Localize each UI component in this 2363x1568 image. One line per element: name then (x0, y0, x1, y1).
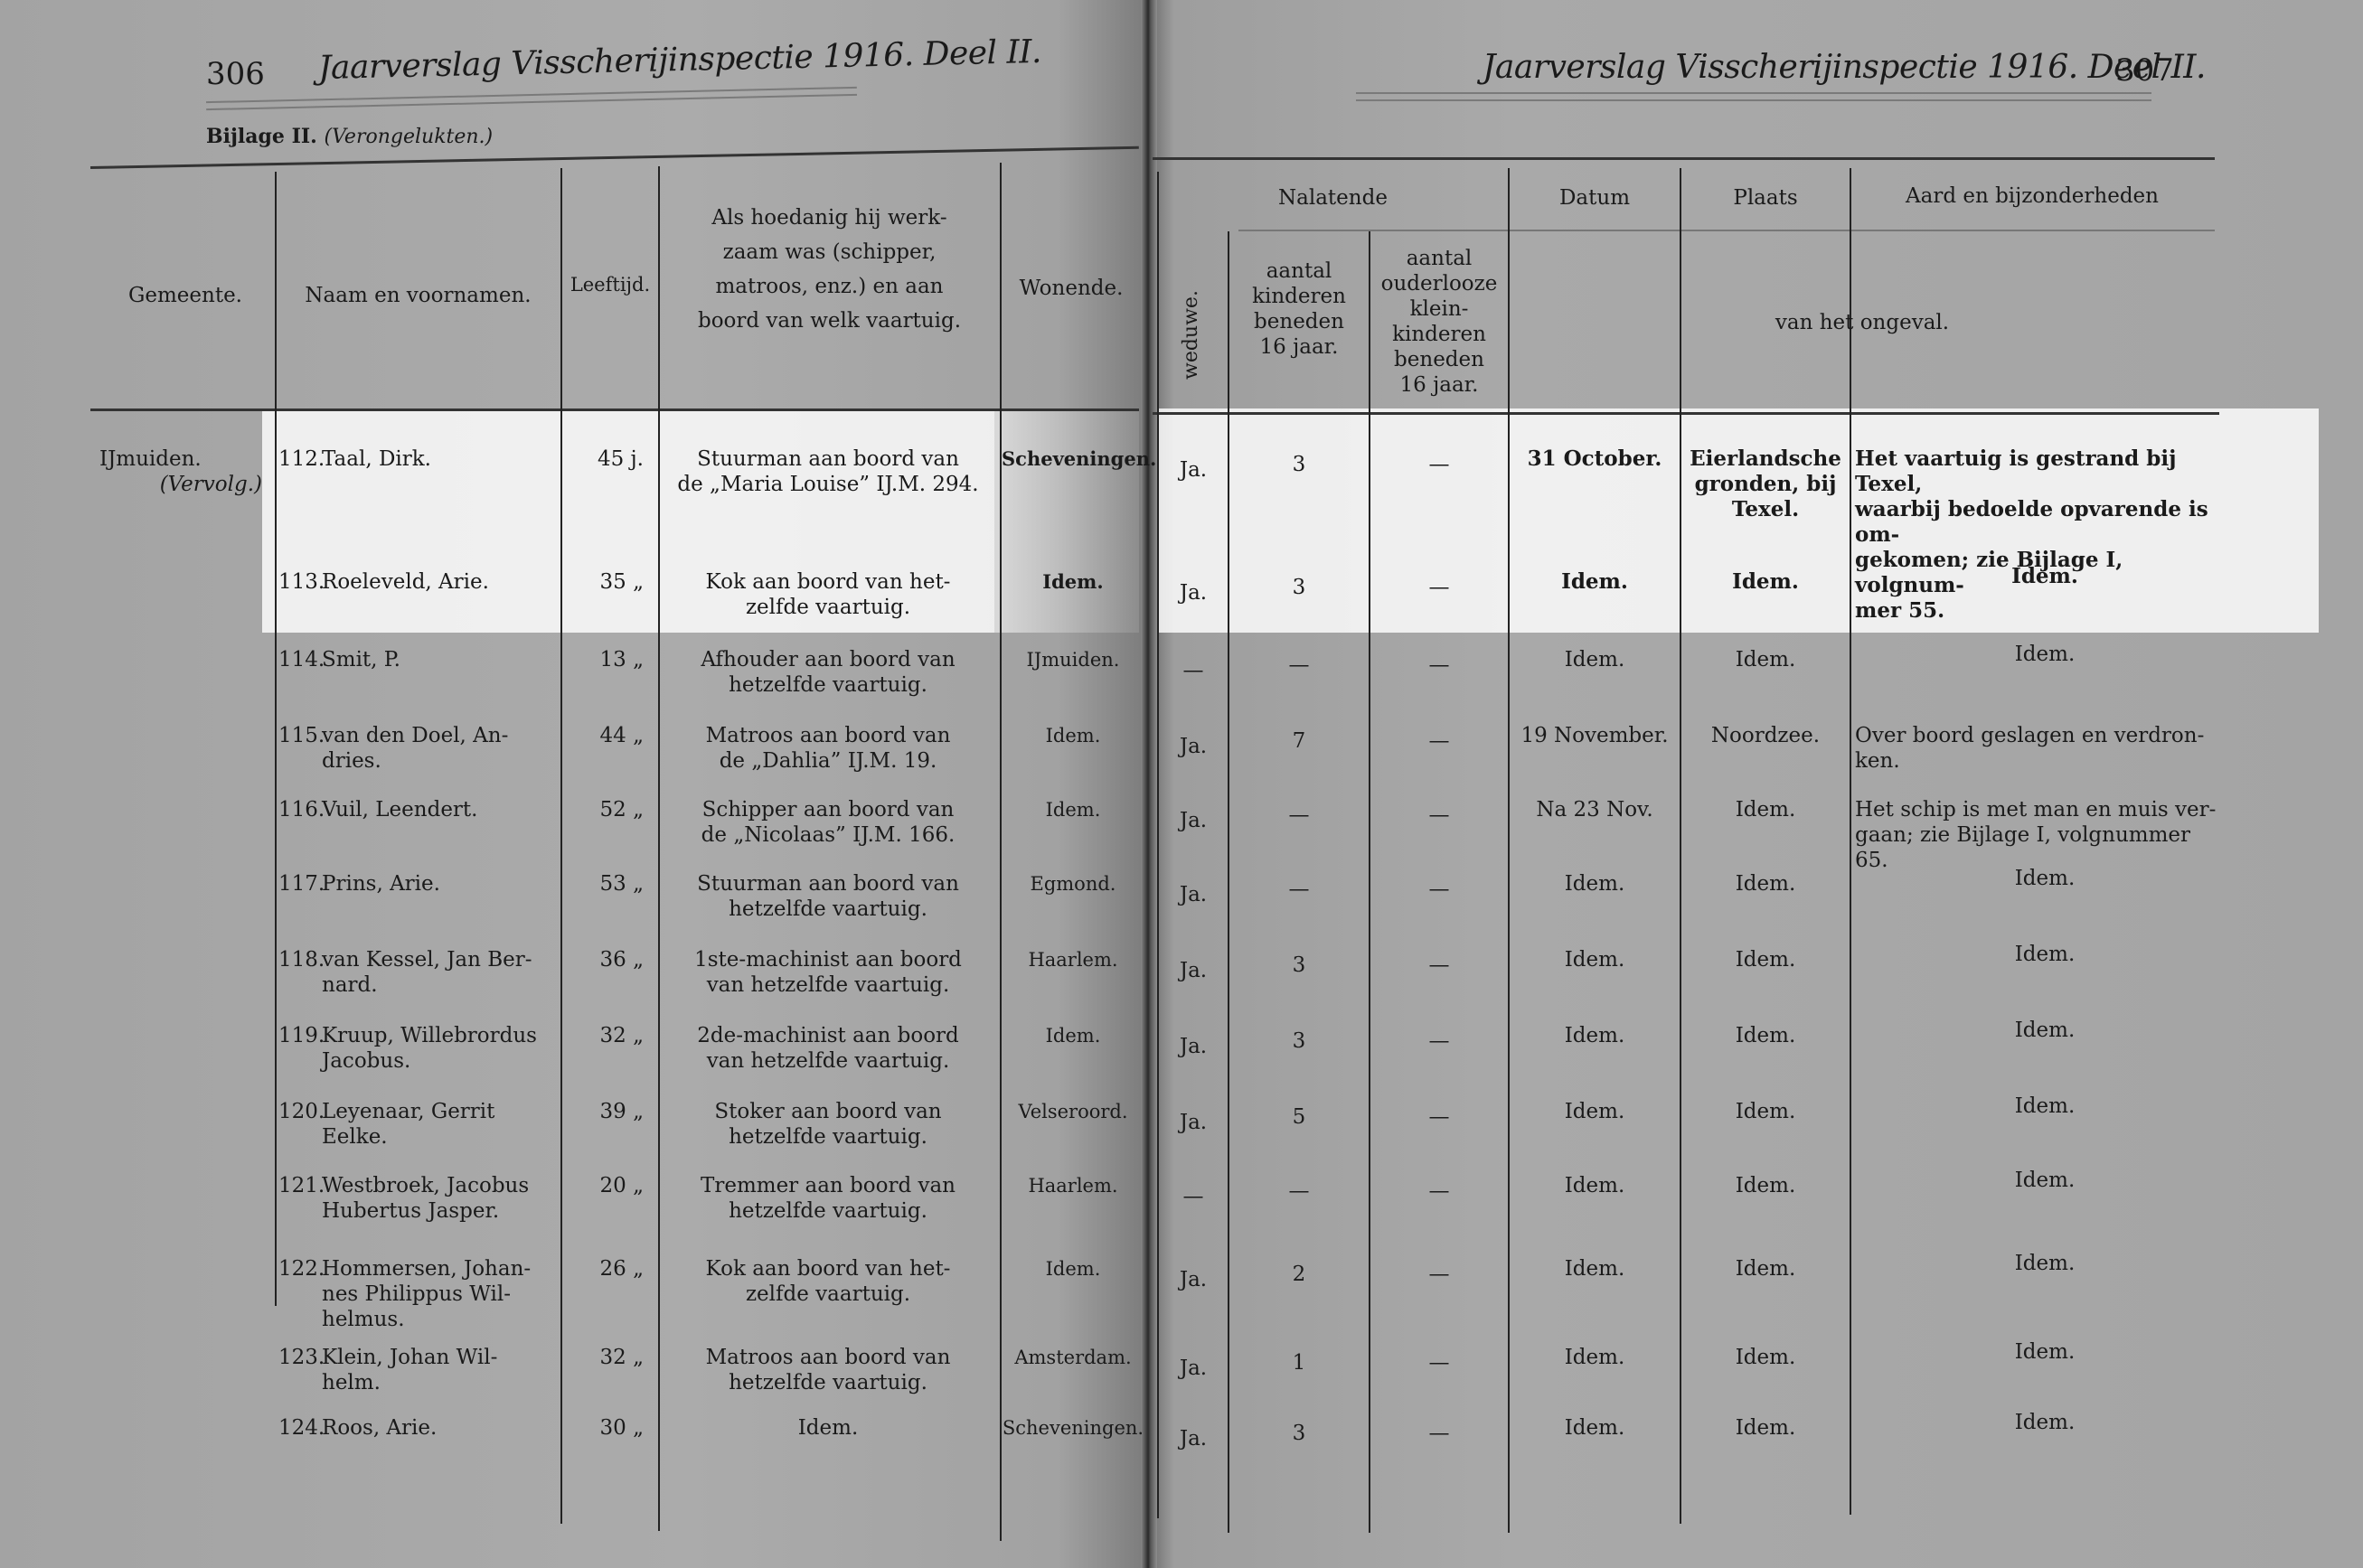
header-bottom-rule-right (1153, 412, 2219, 415)
col-divider (1680, 168, 1681, 1524)
row-weduwe: Ja. (1159, 808, 1228, 833)
row-kleinkinderen: — (1370, 1178, 1508, 1204)
row-leeftijd: 36 „ (562, 947, 644, 972)
header-kleinkinderen-line: aantal (1370, 246, 1508, 271)
row-kinderen: 3 (1229, 1028, 1369, 1054)
row-wonende: Velseroord. (1002, 1099, 1144, 1124)
row-naam: Prins, Arie. (322, 871, 559, 897)
row-leeftijd: 39 „ (562, 1099, 644, 1124)
row-aard: Idem. (1855, 1168, 2235, 1193)
row-leeftijd: 53 „ (562, 871, 644, 897)
header-gemeente: Gemeente. (99, 278, 271, 313)
header-nalatende: Nalatende (1159, 181, 1507, 215)
row-kinderen: 3 (1229, 953, 1369, 978)
row-wonende: Egmond. (1002, 871, 1144, 897)
header-leeftijd: Leeftijd. (562, 268, 658, 302)
header-hoedanig-line: boord van welk vaartuig. (664, 304, 994, 338)
gemeente-value: IJmuiden. (99, 446, 271, 472)
row-wonende: Scheveningen. (1002, 446, 1144, 472)
row-kinderen: — (1229, 803, 1369, 828)
col-divider (1157, 172, 1159, 1518)
row-weduwe: Ja. (1159, 882, 1228, 907)
row-weduwe: Ja. (1159, 1267, 1228, 1292)
row-weduwe: Ja. (1159, 734, 1228, 759)
row-leeftijd: 26 „ (562, 1256, 644, 1282)
table-subtitle: Bijlage II. (Verongelukten.) (206, 125, 493, 148)
header-kleinkinderen-line: ouderlooze (1370, 271, 1508, 296)
row-kinderen: 3 (1229, 575, 1369, 600)
row-aard: Idem. (1855, 1410, 2235, 1435)
row-number: 115. (278, 723, 324, 748)
row-number: 124. (278, 1415, 324, 1441)
row-wonende: Idem. (1002, 569, 1144, 595)
row-naam: van den Doel, An-dries. (322, 723, 559, 774)
col-divider (1850, 168, 1851, 1515)
col-divider (560, 168, 562, 1524)
row-plaats: Noordzee. (1681, 723, 1850, 748)
row-plaats: Idem. (1681, 1415, 1850, 1441)
row-kinderen: 3 (1229, 1421, 1369, 1446)
row-aard: Idem. (1855, 1251, 2235, 1276)
row-number: 119. (278, 1023, 324, 1048)
header-kleinkinderen-line: klein- (1370, 296, 1508, 322)
row-leeftijd: 32 „ (562, 1345, 644, 1370)
row-kinderen: — (1229, 653, 1369, 678)
header-bottom-rule-left (90, 408, 1139, 411)
row-kleinkinderen: — (1370, 728, 1508, 754)
row-kleinkinderen: — (1370, 1350, 1508, 1376)
row-hoedanig: Idem. (662, 1415, 994, 1441)
row-hoedanig: Matroos aan boord vanhetzelfde vaartuig. (662, 1345, 994, 1395)
row-number: 116. (278, 797, 324, 822)
row-naam: van Kessel, Jan Ber-nard. (322, 947, 559, 998)
row-plaats: Eierlandschegronden, bijTexel. (1681, 446, 1850, 522)
row-leeftijd: 30 „ (562, 1415, 644, 1441)
row-number: 113. (278, 569, 324, 595)
row-datum: Idem. (1510, 1256, 1680, 1282)
row-datum: Idem. (1510, 1173, 1680, 1198)
row-plaats: Idem. (1681, 871, 1850, 897)
row-datum: Idem. (1510, 1415, 1680, 1441)
row-hoedanig: 2de-machinist aan boordvan hetzelfde vaa… (662, 1023, 994, 1074)
row-leeftijd: 32 „ (562, 1023, 644, 1048)
row-plaats: Idem. (1681, 1256, 1850, 1282)
row-weduwe: Ja. (1159, 1356, 1228, 1381)
row-kleinkinderen: — (1370, 452, 1508, 477)
row-number: 118. (278, 947, 324, 972)
row-kleinkinderen: — (1370, 653, 1508, 678)
header-kinderen-line: kinderen (1229, 284, 1369, 309)
row-hoedanig: Tremmer aan boord vanhetzelfde vaartuig. (662, 1173, 994, 1224)
row-kinderen: 7 (1229, 728, 1369, 754)
row-kleinkinderen: — (1370, 575, 1508, 600)
table-top-rule-right (1153, 157, 2215, 160)
row-naam: Smit, P. (322, 647, 559, 672)
row-aard: Idem. (1855, 866, 2235, 891)
row-kleinkinderen: — (1370, 953, 1508, 978)
gemeente-note: (Vervolg.) (99, 472, 262, 497)
row-plaats: Idem. (1681, 569, 1850, 595)
row-aard: Idem. (1855, 1094, 2235, 1119)
row-wonende: IJmuiden. (1002, 647, 1144, 672)
row-datum: Idem. (1510, 947, 1680, 972)
header-wonende: Wonende. (1003, 271, 1139, 305)
row-hoedanig: Kok aan boord van het-zelfde vaartuig. (662, 569, 994, 620)
row-datum: Idem. (1510, 569, 1680, 595)
row-wonende: Haarlem. (1002, 1173, 1144, 1198)
row-datum: 19 November. (1510, 723, 1680, 748)
header-hoedanig-line: zaam was (schipper, (664, 235, 994, 269)
header-kleinkinderen-line: beneden (1370, 347, 1508, 372)
header-naam: Naam en voornamen. (280, 278, 556, 313)
row-hoedanig: Schipper aan boord vande „Nicolaas” IJ.M… (662, 797, 994, 848)
header-kinderen-line: beneden (1229, 309, 1369, 334)
row-weduwe: Ja. (1159, 457, 1228, 483)
header-weduwe: weduwe. (1180, 290, 1202, 380)
col-divider (1508, 168, 1510, 1533)
row-wonende: Idem. (1002, 1256, 1144, 1282)
header-kinderen-line: aantal (1229, 258, 1369, 284)
row-leeftijd: 13 „ (562, 647, 644, 672)
row-hoedanig: Afhouder aan boord vanhetzelfde vaartuig… (662, 647, 994, 698)
row-number: 123. (278, 1345, 324, 1370)
row-plaats: Idem. (1681, 1173, 1850, 1198)
row-naam: Leyenaar, GerritEelke. (322, 1099, 559, 1150)
row-hoedanig: Stuurman aan boord vande „Maria Louise” … (662, 446, 994, 497)
row-aard: Idem. (1855, 642, 2235, 667)
header-plaats: Plaats (1681, 181, 1850, 215)
header-datum: Datum (1510, 181, 1680, 215)
row-naam: Westbroek, JacobusHubertus Jasper. (322, 1173, 559, 1224)
row-weduwe: — (1159, 658, 1228, 683)
row-leeftijd: 52 „ (562, 797, 644, 822)
row-hoedanig: Matroos aan boord vande „Dahlia” IJ.M. 1… (662, 723, 994, 774)
page-number-left: 306 (206, 56, 265, 92)
row-kleinkinderen: — (1370, 1028, 1508, 1054)
nalatende-rule (1238, 230, 2215, 231)
header-kinderen-line: 16 jaar. (1229, 334, 1369, 360)
row-kleinkinderen: — (1370, 1262, 1508, 1287)
row-naam: Klein, Johan Wil-helm. (322, 1345, 559, 1395)
row-number: 112. (278, 446, 324, 472)
row-leeftijd: 44 „ (562, 723, 644, 748)
row-datum: Idem. (1510, 647, 1680, 672)
col-divider (275, 172, 277, 1306)
row-weduwe: Ja. (1159, 958, 1228, 983)
row-wonende: Scheveningen. (1002, 1415, 1144, 1441)
row-aard: Idem. (1855, 942, 2235, 967)
header-hoedanig-line: matroos, enz.) en aan (664, 269, 994, 304)
row-kinderen: 3 (1229, 452, 1369, 477)
subtitle-bold: Bijlage II. (206, 125, 317, 148)
row-hoedanig: Kok aan boord van het-zelfde vaartuig. (662, 1256, 994, 1307)
row-number: 114. (278, 647, 324, 672)
row-datum: Idem. (1510, 1345, 1680, 1370)
row-wonende: Idem. (1002, 1023, 1144, 1048)
running-head-right: Jaarverslag Visscherijinspectie 1916. De… (1483, 49, 2206, 86)
row-kleinkinderen: — (1370, 1104, 1508, 1130)
page-number-right: 307 (2115, 52, 2174, 89)
row-number: 121. (278, 1173, 324, 1198)
row-wonende: Idem. (1002, 797, 1144, 822)
right-page (1150, 0, 2363, 1568)
row-hoedanig: Stuurman aan boord vanhetzelfde vaartuig… (662, 871, 994, 922)
row-naam: Roeleveld, Arie. (322, 569, 559, 595)
row-weduwe: — (1159, 1184, 1228, 1209)
header-kleinkinderen-line: 16 jaar. (1370, 372, 1508, 398)
header-kleinkinderen-line: kinderen (1370, 322, 1508, 347)
row-plaats: Idem. (1681, 797, 1850, 822)
row-naam: Roos, Arie. (322, 1415, 559, 1441)
row-weduwe: Ja. (1159, 580, 1228, 606)
row-hoedanig: Stoker aan boord vanhetzelfde vaartuig. (662, 1099, 994, 1150)
row-aard: Idem. (1855, 1018, 2235, 1043)
row-leeftijd: 20 „ (562, 1173, 644, 1198)
header-van-het-ongeval: van het ongeval. (1510, 305, 2215, 340)
row-kinderen: 1 (1229, 1350, 1369, 1376)
header-kinderen: aantal kinderen beneden 16 jaar. (1229, 258, 1369, 360)
head-rule-right (1356, 92, 2151, 101)
col-divider (658, 166, 660, 1531)
row-plaats: Idem. (1681, 1023, 1850, 1048)
row-hoedanig: 1ste-machinist aan boordvan hetzelfde va… (662, 947, 994, 998)
row-number: 120. (278, 1099, 324, 1124)
row-weduwe: Ja. (1159, 1034, 1228, 1059)
row-datum: Idem. (1510, 871, 1680, 897)
row-kinderen: — (1229, 877, 1369, 902)
row-plaats: Idem. (1681, 1099, 1850, 1124)
row-naam: Kruup, WillebrordusJacobus. (322, 1023, 559, 1074)
row-aard: Het vaartuig is gestrand bij Texel,waarb… (1855, 446, 2217, 624)
row-aard: Over boord geslagen en verdron-ken. (1855, 723, 2217, 774)
col-divider (1000, 163, 1002, 1541)
header-hoedanig-line: Als hoedanig hij werk- (664, 201, 994, 235)
row-plaats: Idem. (1681, 1345, 1850, 1370)
row-kinderen: 5 (1229, 1104, 1369, 1130)
row-kleinkinderen: — (1370, 1421, 1508, 1446)
row-leeftijd: 35 „ (562, 569, 644, 595)
row-naam: Hommersen, Johan-nes Philippus Wil-helmu… (322, 1256, 559, 1332)
row-kleinkinderen: — (1370, 877, 1508, 902)
header-hoedanig: Als hoedanig hij werk- zaam was (schippe… (664, 201, 994, 338)
row-aard: Idem. (1855, 564, 2235, 589)
row-wonende: Haarlem. (1002, 947, 1144, 972)
row-datum: Na 23 Nov. (1510, 797, 1680, 822)
row-datum: Idem. (1510, 1023, 1680, 1048)
row-plaats: Idem. (1681, 947, 1850, 972)
row-kinderen: — (1229, 1178, 1369, 1204)
subtitle-italic: (Verongelukten.) (324, 126, 493, 148)
header-aard: Aard en bijzonderheden (1851, 179, 2213, 213)
row-kleinkinderen: — (1370, 803, 1508, 828)
row-number: 117. (278, 871, 324, 897)
row-weduwe: Ja. (1159, 1426, 1228, 1451)
row-leeftijd: 45 j. (562, 446, 644, 472)
header-kleinkinderen: aantal ouderlooze klein- kinderen benede… (1370, 246, 1508, 398)
row-datum: Idem. (1510, 1099, 1680, 1124)
row-plaats: Idem. (1681, 647, 1850, 672)
row-wonende: Idem. (1002, 723, 1144, 748)
row-wonende: Amsterdam. (1002, 1345, 1144, 1370)
row-aard: Het schip is met man en muis ver-gaan; z… (1855, 797, 2217, 873)
row-weduwe: Ja. (1159, 1110, 1228, 1135)
row-datum: 31 October. (1510, 446, 1680, 472)
row-aard: Idem. (1855, 1339, 2235, 1365)
row-kinderen: 2 (1229, 1262, 1369, 1287)
row-naam: Vuil, Leendert. (322, 797, 559, 822)
book-gutter (1141, 0, 1157, 1568)
row-naam: Taal, Dirk. (322, 446, 559, 472)
row-number: 122. (278, 1256, 324, 1282)
highlight-band-wonende (994, 408, 1139, 633)
